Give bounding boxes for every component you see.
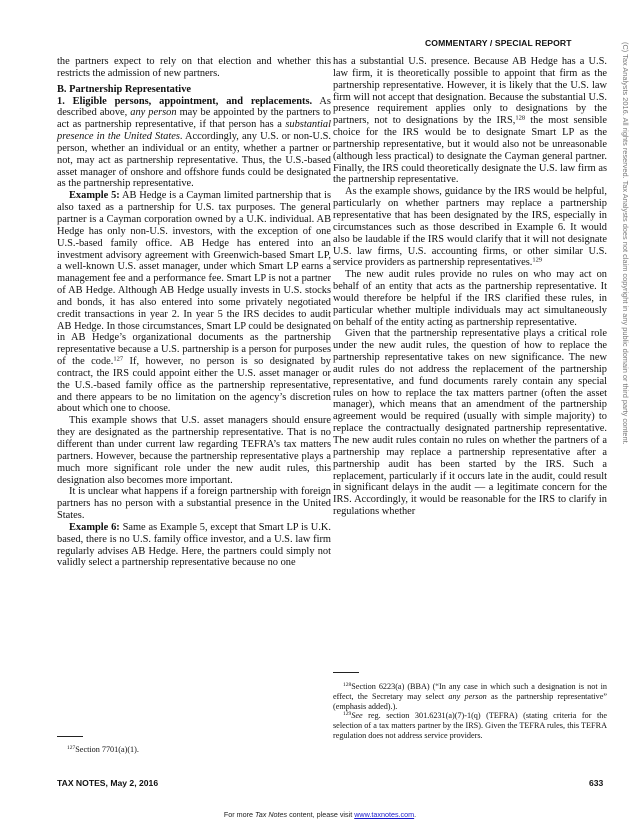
note-text: content, please visit [287,810,354,819]
taxnotes-link[interactable]: www.taxnotes.com [354,810,414,819]
example-label: Example 5: [69,190,120,201]
bottom-note: For more Tax Notes content, please visit… [0,810,640,819]
paragraph: It is unclear what happens if a foreign … [57,486,331,522]
paragraph-text: As the example shows, guidance by the IR… [333,186,607,268]
footnote-129: 129See reg. section 301.6231(a)(7)-1(q) … [333,711,607,740]
subsection-title: 1. Eligible persons, appointment, and re… [57,96,312,107]
footnote-divider [333,672,359,673]
note-publication: Tax Notes [255,810,287,819]
footnote-number: 129 [343,711,351,717]
note-text: . [414,810,416,819]
footnote-text: Section 7701(a)(1). [75,745,139,754]
footnote-ref-128[interactable]: 128 [515,115,525,122]
footnotes-left: 127Section 7701(a)(1). [57,745,331,755]
paragraph: Given that the partnership representativ… [333,328,607,518]
paragraph-text: AB Hedge is a Cayman limited partnership… [57,190,331,367]
paragraph: The new audit rules provide no rules on … [333,269,607,328]
emphasis: See [351,711,362,720]
emphasis: any person [130,107,176,118]
footnote-text: reg. section 301.6231(a)(7)-1(q) (TEFRA)… [333,711,607,740]
footnote-divider [57,736,83,737]
copyright-text: (C) Tax Analysts 2016. All rights reserv… [621,42,630,445]
footnotes-right: 128Section 6223(a) (BBA) (“In any case i… [333,682,607,741]
footnote-number: 128 [343,682,351,688]
footnote-128: 128Section 6223(a) (BBA) (“In any case i… [333,682,607,711]
paragraph: 1. Eligible persons, appointment, and re… [57,96,331,191]
section-heading: B. Partnership Representative [57,84,331,96]
paragraph-example-6: Example 6: Same as Example 5, except tha… [57,522,331,569]
footnote-ref-129[interactable]: 129 [532,257,542,264]
publication-footer: TAX NOTES, May 2, 2016 [57,778,158,788]
paragraph: the partners expect to rely on that elec… [57,56,331,80]
example-label: Example 6: [69,522,120,533]
paragraph: This example shows that U.S. asset manag… [57,415,331,486]
paragraph: has a substantial U.S. presence. Because… [333,56,607,186]
page-number: 633 [589,778,603,788]
footnote-127: 127Section 7701(a)(1). [57,745,331,755]
left-column: the partners expect to rely on that elec… [57,56,331,569]
emphasis: any person [448,692,486,701]
right-column: has a substantial U.S. presence. Because… [333,56,607,518]
paragraph-example-5: Example 5: AB Hedge is a Cayman limited … [57,190,331,415]
paragraph: As the example shows, guidance by the IR… [333,186,607,269]
paragraph-text: the partners expect to rely on that elec… [57,56,331,79]
copyright-notice: (C) Tax Analysts 2016. All rights reserv… [620,42,630,522]
footnote-number: 127 [67,745,75,751]
note-text: For more [224,810,255,819]
section-header: COMMENTARY / SPECIAL REPORT [425,38,572,48]
footnote-ref-127[interactable]: 127 [113,356,123,363]
